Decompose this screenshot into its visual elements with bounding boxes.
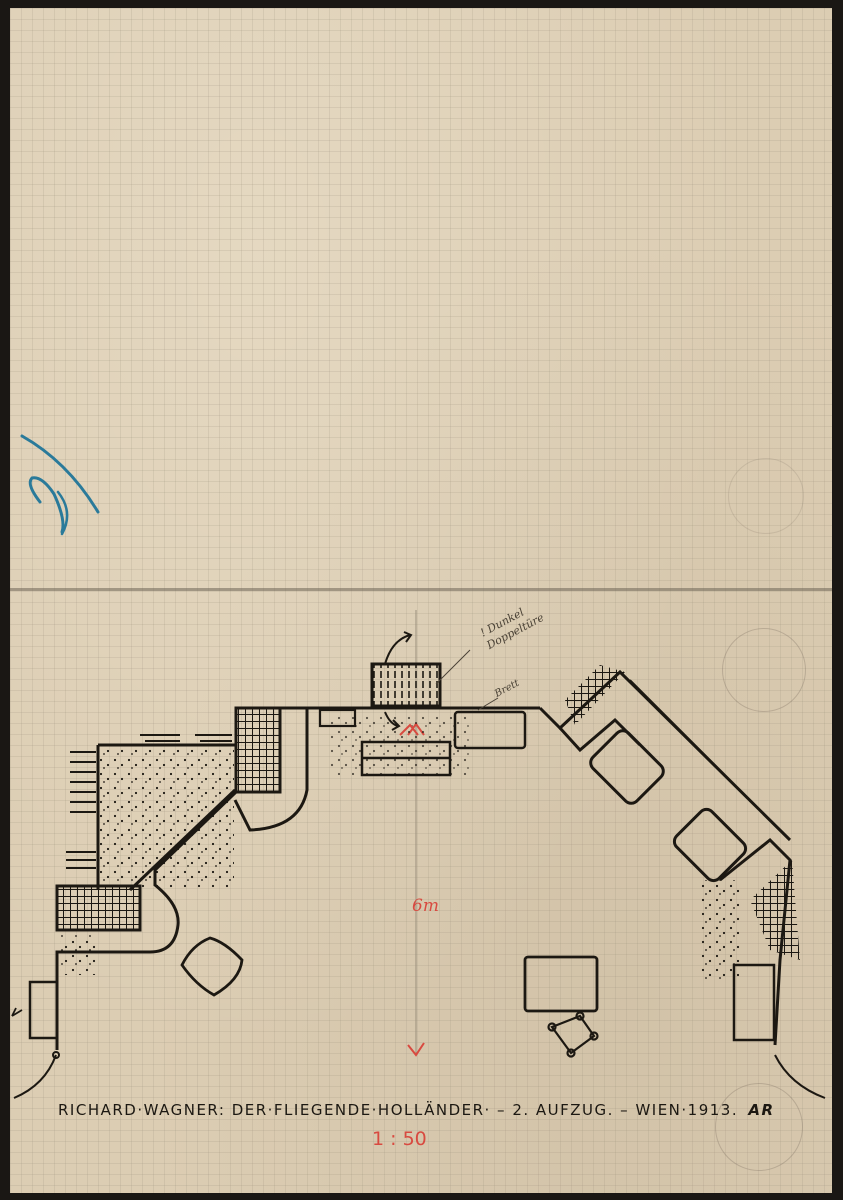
dark-double-door bbox=[372, 664, 440, 706]
proscenium-curve-right bbox=[775, 1055, 825, 1098]
stage-floor-plan bbox=[0, 0, 843, 1200]
proscenium-curve-left bbox=[14, 1055, 56, 1098]
monogram: AR bbox=[748, 1101, 774, 1119]
crosshatch-right-upper bbox=[565, 665, 625, 725]
left-wall-area bbox=[66, 735, 235, 890]
dotted-fill-left bbox=[60, 935, 100, 975]
crosshatch-right-lower bbox=[750, 860, 800, 960]
rounded-table-left bbox=[182, 938, 242, 995]
door-swing-arrow-up bbox=[385, 632, 411, 664]
spinning-wheel bbox=[549, 1013, 598, 1057]
left-exit-door bbox=[30, 982, 57, 1038]
title-text: RICHARD·WAGNER: DER·FLIEGENDE·HOLLÄNDER·… bbox=[58, 1101, 738, 1119]
center-depth-dimension: 6m bbox=[412, 896, 439, 916]
crosshatched-pillar-upper-left bbox=[236, 708, 280, 792]
table-right bbox=[525, 957, 597, 1011]
scale-label: 1 : 50 bbox=[372, 1128, 427, 1150]
dotted-fill-right bbox=[700, 880, 740, 980]
right-wall-area bbox=[540, 672, 790, 1045]
exit-arrow-left bbox=[12, 1008, 22, 1016]
dotted-fill-center bbox=[330, 715, 470, 775]
drawing-title: RICHARD·WAGNER: DER·FLIEGENDE·HOLLÄNDER·… bbox=[58, 1101, 798, 1119]
crosshatched-pillar-lower-left bbox=[57, 886, 140, 930]
